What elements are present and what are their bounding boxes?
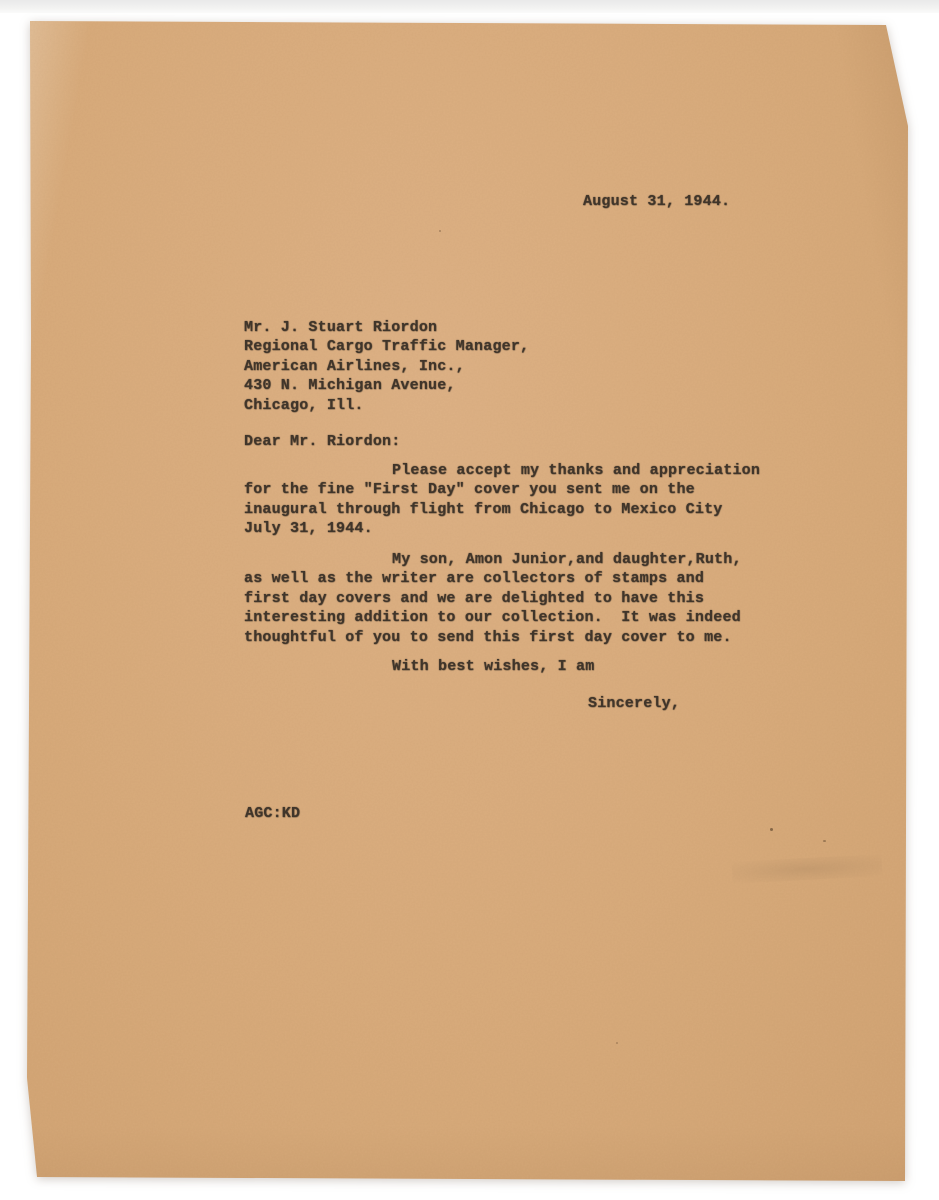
paper-speck bbox=[439, 230, 441, 232]
scanner-edge-strip bbox=[0, 0, 939, 13]
address-line-title: Regional Cargo Traffic Manager, bbox=[244, 337, 529, 356]
letter-date: August 31, 1944. bbox=[583, 192, 730, 211]
paper-speck bbox=[823, 840, 826, 842]
signoff-line: Sincerely, bbox=[588, 694, 680, 713]
paragraph-2-line: first day covers and we are delighted to… bbox=[244, 589, 742, 608]
paper-speck bbox=[616, 1042, 618, 1044]
salutation: Dear Mr. Riordon: bbox=[244, 432, 400, 451]
paper-speck bbox=[770, 828, 773, 831]
paragraph-1-line: inaugural through flight from Chicago to… bbox=[244, 500, 760, 519]
scan-background: August 31, 1944. Mr. J. Stuart Riordon R… bbox=[0, 0, 939, 1200]
paragraph-1-line: Please accept my thanks and appreciation bbox=[244, 461, 760, 480]
paragraph-2-line: My son, Amon Junior,and daughter,Ruth, bbox=[244, 550, 742, 569]
reference-initials: AGC:KD bbox=[245, 804, 300, 823]
letter-paper: August 31, 1944. Mr. J. Stuart Riordon R… bbox=[27, 18, 908, 1184]
paragraph-1-line: July 31, 1944. bbox=[244, 519, 760, 538]
pencil-smudge bbox=[732, 854, 883, 884]
address-line-street: 430 N. Michigan Avenue, bbox=[244, 376, 529, 395]
address-line-name: Mr. J. Stuart Riordon bbox=[244, 318, 529, 337]
paragraph-1: Please accept my thanks and appreciation… bbox=[244, 461, 760, 539]
paragraph-1-line: for the fine "First Day" cover you sent … bbox=[244, 480, 760, 499]
paragraph-2-line: interesting addition to our collection. … bbox=[244, 608, 742, 627]
paragraph-2-line: thoughtful of you to send this first day… bbox=[244, 628, 742, 647]
paragraph-2: My son, Amon Junior,and daughter,Ruth, a… bbox=[244, 550, 742, 647]
paragraph-2-line: as well as the writer are collectors of … bbox=[244, 569, 742, 588]
letter-paper-shadow: August 31, 1944. Mr. J. Stuart Riordon R… bbox=[27, 18, 908, 1184]
address-line-city: Chicago, Ill. bbox=[244, 396, 529, 415]
address-line-company: American Airlines, Inc., bbox=[244, 357, 529, 376]
closing-line: With best wishes, I am bbox=[392, 657, 594, 676]
recipient-address: Mr. J. Stuart Riordon Regional Cargo Tra… bbox=[244, 318, 529, 415]
